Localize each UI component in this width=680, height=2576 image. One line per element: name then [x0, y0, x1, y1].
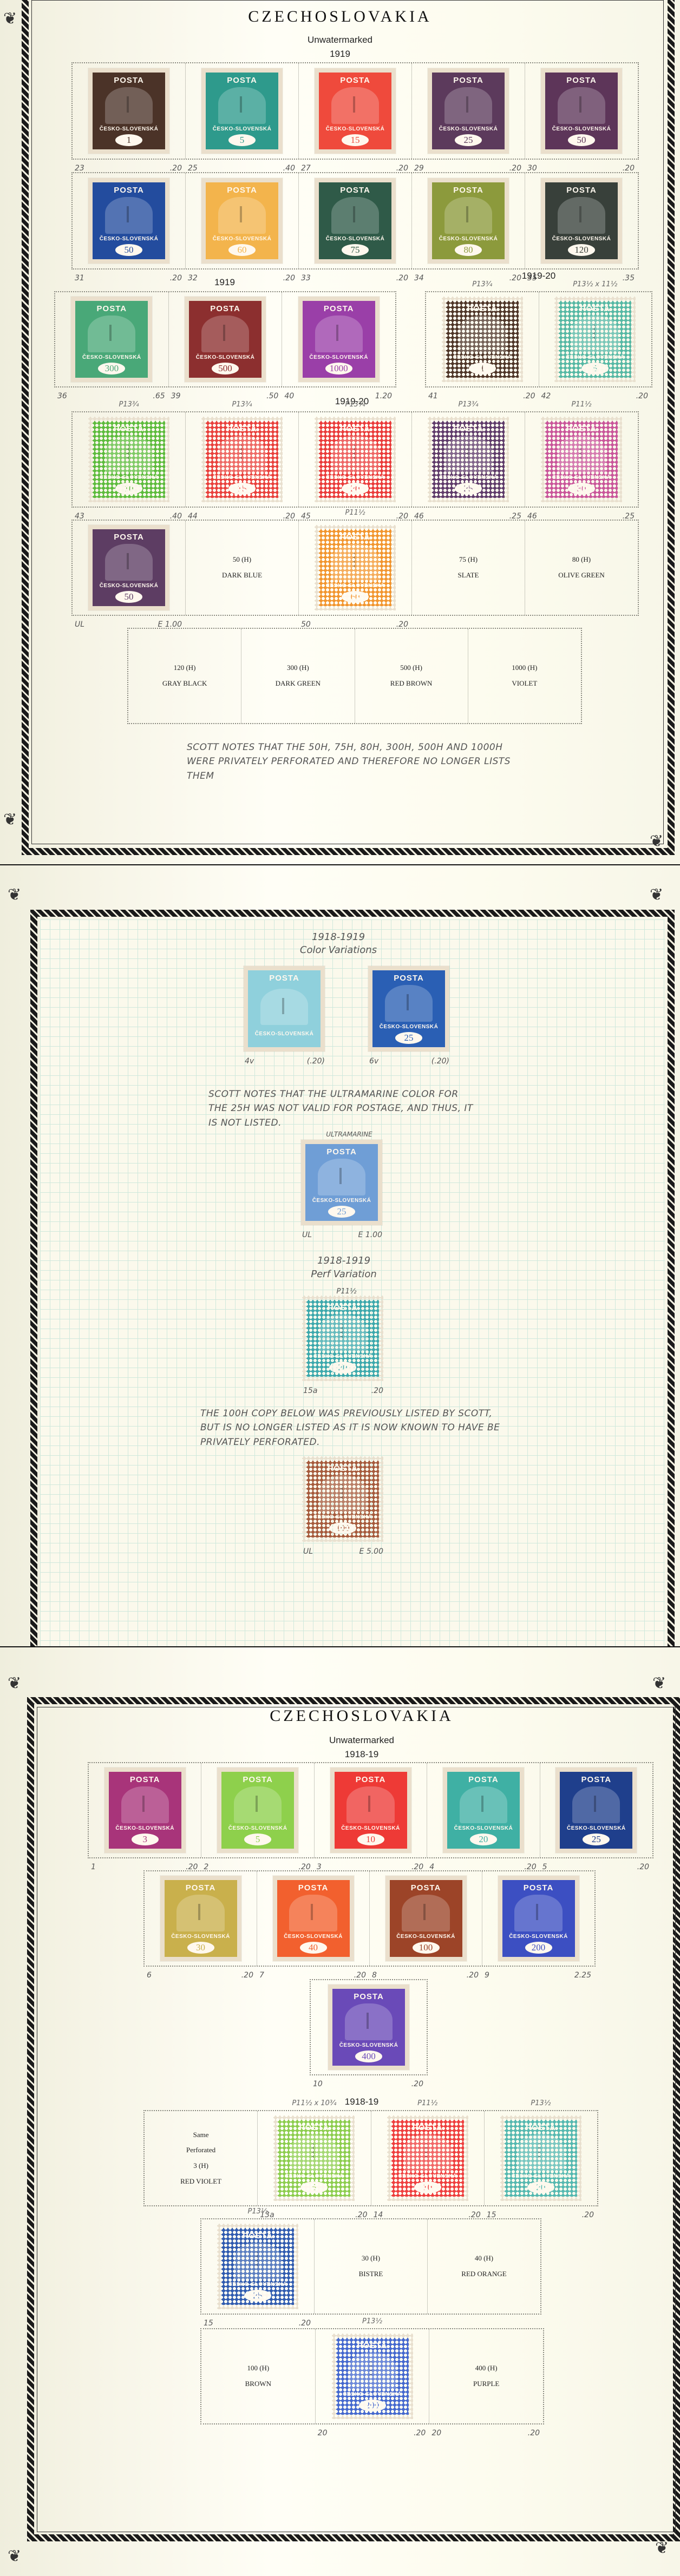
- stamp-country-text: ČESKO-SLOVENSKÁ: [228, 1825, 287, 1831]
- space-caption: DARK GREEN: [276, 676, 321, 692]
- castle-icon: [105, 436, 153, 472]
- stamp[interactable]: POSTAČESKO-SLOVENSKÁ300: [71, 297, 152, 382]
- stamp-design: POSTAČESKO-SLOVENSKÁ40: [277, 1880, 350, 1957]
- stamp-cell: POSTAČESKO-SLOVENSKÁ2529.20: [412, 63, 525, 159]
- scott-number: 39: [171, 392, 181, 400]
- stamp[interactable]: POSTAČESKO-SLOVENSKÁ5: [273, 2115, 355, 2201]
- stamp-country-text: ČESKO-SLOVENSKÁ: [380, 1024, 439, 1030]
- catalog-value: .20: [170, 274, 182, 282]
- stamp-row-4: SamePerforated3 (H)RED VIOLETPOSTAČESKO-…: [143, 2110, 598, 2206]
- space-caption: BISTRE: [359, 2266, 383, 2282]
- catalog-value: .20: [299, 2319, 311, 2328]
- catalog-value: .20: [170, 164, 182, 173]
- stamp-design: POSTAČESKO-SLOVENSKÁ3: [109, 1772, 181, 1849]
- section-title: Color Variations: [271, 944, 406, 956]
- stamp-row-2: POSTAČESKO-SLOVENSKÁ5031.20POSTAČESKO-SL…: [71, 172, 639, 270]
- castle-icon: [234, 1786, 282, 1823]
- stamp[interactable]: POSTAČESKO-SLOVENSKÁ1000: [298, 297, 380, 382]
- stamp-posta-text: POSTA: [210, 304, 240, 313]
- stamp[interactable]: POSTAČESKO-SLOVENSKÁ5: [217, 1767, 298, 1853]
- space-caption: 30 (H): [359, 2251, 383, 2266]
- scott-number: 36: [57, 392, 67, 400]
- stamp-row-3-left: POSTAČESKO-SLOVENSKÁ30036.65POSTAČESKO-S…: [54, 291, 396, 387]
- stamp-country-text: ČESKO-SLOVENSKÁ: [255, 1031, 314, 1037]
- stamp-country-text: ČESKO-SLOVENSKÁ: [228, 2282, 287, 2288]
- stamp-country-text: ČESKO-SLOVENSKÁ: [454, 1825, 513, 1831]
- stamp-cell: POSTAČESKO-SLOVENSKÁ5030.20: [525, 63, 638, 159]
- perforation-note: P13½: [531, 2099, 551, 2107]
- stamp-posta-text: POSTA: [227, 186, 257, 195]
- space-caption: 1000 (H): [512, 660, 537, 676]
- space-caption: OLIVE GREEN: [558, 568, 605, 583]
- stamp[interactable]: POSTAČESKO-SLOVENSKÁ60: [201, 178, 283, 264]
- stamp-row-2: POSTAČESKO-SLOVENSKÁ306.20POSTAČESKO-SLO…: [143, 1870, 596, 1967]
- space-caption: Perforated: [180, 2143, 221, 2158]
- stamp-posta-text: POSTA: [356, 1775, 386, 1784]
- stamp[interactable]: POSTAČESKO-SLOVENSKÁ15: [201, 417, 283, 502]
- scott-number: 6v: [369, 1057, 378, 1066]
- catalog-value: (.20): [307, 1057, 325, 1066]
- stamp[interactable]: POSTAČESKO-SLOVENSKÁ50: [541, 68, 622, 154]
- scott-number: 34: [414, 274, 424, 282]
- stamp-denomination: 200: [359, 2400, 386, 2411]
- stamp-cell: POSTAČESKO-SLOVENSKÁ8034.20: [412, 173, 525, 268]
- stamp[interactable]: POSTAČESKO-SLOVENSKÁ75: [315, 178, 396, 264]
- stamp[interactable]: POSTAČESKO-SLOVENSKÁ25: [301, 1140, 382, 1225]
- stamp-denomination: 120: [568, 244, 595, 256]
- catalog-value: .20: [414, 2429, 426, 2437]
- space-caption: GRAY BLACK: [162, 676, 207, 692]
- stamp-posta-text: POSTA: [340, 186, 370, 195]
- stamp-posta-text: POSTA: [227, 76, 257, 85]
- section-year: 1918-1919: [287, 931, 390, 943]
- space-caption: 120 (H): [162, 660, 207, 676]
- stamp-cell: POSTAČESKO-SLOVENSKÁ31.20: [89, 1763, 201, 1857]
- stamp-posta-text: POSTA: [411, 1883, 441, 1892]
- perforation-note: P13½: [248, 2207, 268, 2216]
- handwritten-note: Scott notes that the 50h, 75h, 80h, 300h…: [187, 740, 533, 783]
- stamp-denomination: 5: [244, 1834, 271, 1845]
- stamp-design: POSTAČESKO-SLOVENSKÁ1: [93, 73, 165, 149]
- stamp-design: POSTAČESKO-SLOVENSKÁ: [248, 970, 321, 1047]
- stamp-design: POSTAČESKO-SLOVENSKÁ300: [75, 301, 148, 378]
- stamp-posta-text: POSTA: [114, 76, 144, 85]
- stamp-cell: POSTAČESKO-SLOVENSKÁ2515.20P13½: [201, 2219, 315, 2314]
- catalog-value: .20: [371, 1386, 383, 1395]
- album-page-2: ❦ ❦ 1918-1919 Color Variations POSTAČESK…: [0, 865, 680, 1647]
- stamp-design: POSTAČESKO-SLOVENSKÁ400: [332, 1989, 405, 2066]
- stamp-row-5: POSTAČESKO-SLOVENSKÁ2515.20P13½30 (H)BIS…: [200, 2218, 541, 2315]
- stamp-design: POSTAČESKO-SLOVENSKÁ25: [432, 73, 505, 149]
- stamp[interactable]: POSTAČESKO-SLOVENSKÁ5: [201, 68, 283, 154]
- stamp-mount: POSTAČESKO-SLOVENSKÁ256v(.20): [368, 966, 449, 1052]
- space-caption: 400 (H): [473, 2361, 499, 2376]
- stamp-design: POSTAČESKO-SLOVENSKÁ60: [206, 182, 278, 259]
- stamp-posta-text: POSTA: [324, 304, 354, 313]
- stamp-country-text: ČESKO-SLOVENSKÁ: [341, 1825, 400, 1831]
- perforation-note: P13¾: [119, 400, 139, 409]
- stamp-row-5: POSTAČESKO-SLOVENSKÁ50ULE 1.0050 (H)DARK…: [71, 520, 639, 616]
- catalog-value: .20: [354, 1971, 366, 1980]
- scott-number: 10: [313, 2080, 323, 2088]
- stamp-country-text: ČESKO-SLOVENSKÁ: [439, 236, 498, 242]
- stamp-cell: POSTAČESKO-SLOVENSKÁ7533.20: [299, 173, 412, 268]
- stamp-country-text: ČESKO-SLOVENSKÁ: [312, 1198, 371, 1204]
- stamp-design: POSTAČESKO-SLOVENSKÁ15: [319, 73, 391, 149]
- catalog-value: .20: [528, 2429, 540, 2437]
- stamp-row-3: POSTAČESKO-SLOVENSKÁ40010.20: [310, 1979, 428, 2075]
- castle-icon: [517, 2134, 565, 2171]
- stamp-country-text: ČESKO-SLOVENSKÁ: [100, 583, 159, 589]
- catalog-value: .20: [396, 274, 408, 282]
- stamp[interactable]: POSTAČESKO-SLOVENSKÁ100: [385, 1876, 467, 1961]
- catalog-value: .20: [637, 1863, 649, 1871]
- ultramarine-label: Ultramarine: [300, 1131, 398, 1138]
- stamp-cell: 50 (H)DARK BLUE: [186, 521, 299, 615]
- stamp-posta-text: POSTA: [580, 304, 610, 313]
- stamp[interactable]: POSTAČESKO-SLOVENSKÁ50: [88, 525, 169, 610]
- stamp-cell: POSTAČESKO-SLOVENSKÁ255.20: [540, 1763, 652, 1857]
- stamp[interactable]: POSTAČESKO-SLOVENSKÁ25: [555, 1767, 637, 1853]
- stamp-country-text: ČESKO-SLOVENSKÁ: [309, 354, 368, 360]
- stamp-cell: 1000 (H)VIOLET: [468, 629, 581, 723]
- stamp-cell: POSTAČESKO-SLOVENSKÁ1000401.20: [282, 292, 395, 386]
- stamp-country-text: ČESKO-SLOVENSKÁ: [115, 1825, 174, 1831]
- empty-stamp-space: 1000 (H)VIOLET: [512, 660, 537, 691]
- stamp-cell: POSTAČESKO-SLOVENSKÁ5031.20: [73, 173, 186, 268]
- castle-icon: [105, 197, 153, 234]
- stamp-country-text: ČESKO-SLOVENSKÁ: [398, 2173, 457, 2179]
- stamp-country-text: ČESKO-SLOVENSKÁ: [326, 236, 385, 242]
- stamp[interactable]: POSTAČESKO-SLOVENSKÁ10: [387, 2115, 468, 2201]
- stamp-posta-text: POSTA: [340, 76, 370, 85]
- stamp[interactable]: POSTAČESKO-SLOVENSKÁ60: [315, 525, 396, 610]
- empty-stamp-space: 40 (H)RED ORANGE: [461, 2251, 506, 2282]
- castle-icon: [121, 1786, 169, 1823]
- stamp[interactable]: POSTAČESKO-SLOVENSKÁ: [244, 966, 325, 1052]
- catalog-value: .20: [241, 1971, 253, 1980]
- stamp-posta-text: POSTA: [328, 1303, 358, 1312]
- stamp-country-text: ČESKO-SLOVENSKÁ: [512, 2173, 571, 2179]
- castle-icon: [558, 436, 605, 472]
- stamp-cell: POSTAČESKO-SLOVENSKÁ1014.20P11½: [371, 2111, 485, 2205]
- stamp-denomination: 30: [187, 1942, 214, 1954]
- stamp-denomination: 20: [329, 1362, 356, 1374]
- stamp-posta-text: POSTA: [328, 1464, 358, 1473]
- stamp-design: POSTAČESKO-SLOVENSKÁ5: [559, 301, 631, 378]
- stamp-cell: POSTAČESKO-SLOVENSKÁ20092.25: [482, 1871, 594, 1966]
- stamp[interactable]: POSTAČESKO-SLOVENSKÁ20: [302, 1296, 383, 1381]
- corner-ornament-icon: ❦: [8, 1675, 21, 1692]
- empty-stamp-space: 120 (H)GRAY BLACK: [162, 660, 207, 691]
- castle-icon: [290, 2134, 338, 2171]
- space-caption: RED ORANGE: [461, 2266, 506, 2282]
- stamp[interactable]: POSTAČESKO-SLOVENSKÁ500: [185, 297, 266, 382]
- stamp-posta-text: POSTA: [468, 1775, 499, 1784]
- stamp-denomination: 25: [328, 1206, 355, 1218]
- space-caption: 80 (H): [558, 552, 605, 568]
- castle-icon: [460, 1786, 507, 1823]
- stamp-design: POSTAČESKO-SLOVENSKÁ30: [165, 1880, 237, 1957]
- stamp-denomination: 80: [455, 244, 482, 256]
- stamp-cell: POSTAČESKO-SLOVENSKÁ306.20: [145, 1871, 257, 1966]
- stamp-design: POSTAČESKO-SLOVENSKÁ20: [319, 421, 391, 498]
- stamp-denomination: 50: [115, 244, 142, 256]
- stamp-design: POSTAČESKO-SLOVENSKÁ10: [93, 421, 165, 498]
- stamp-country-text: ČESKO-SLOVENSKÁ: [213, 236, 272, 242]
- stamp[interactable]: POSTAČESKO-SLOVENSKÁ80: [428, 178, 509, 264]
- castle-icon: [402, 1895, 449, 1931]
- stamp-design: POSTAČESKO-SLOVENSKÁ25: [432, 421, 505, 498]
- stamp-posta-text: POSTA: [413, 2123, 443, 2132]
- stamp-cell: 40 (H)RED ORANGE: [428, 2219, 540, 2314]
- perforation-note: P11½ x 10¾: [292, 2099, 336, 2107]
- stamp-mount: POSTAČESKO-SLOVENSKÁ4v(.20): [244, 966, 325, 1052]
- stamp-posta-text: POSTA: [114, 533, 144, 542]
- space-caption: 500 (H): [390, 660, 433, 676]
- castle-icon: [289, 1895, 337, 1931]
- space-caption: PURPLE: [473, 2376, 499, 2392]
- page-title: CZECHOSLOVAKIA: [22, 1707, 680, 1725]
- corner-ornament-icon: ❦: [650, 833, 663, 850]
- stamp-cell: POSTAČESKO-SLOVENSKÁ1544.20P13¾: [186, 412, 299, 507]
- stamp-design: POSTAČESKO-SLOVENSKÁ20: [505, 2120, 577, 2197]
- stamp-posta-text: POSTA: [566, 424, 597, 433]
- stamp-design: POSTAČESKO-SLOVENSKÁ10: [335, 1772, 407, 1849]
- stamp-denomination: 25: [244, 2290, 271, 2302]
- stamp-denomination: 20: [342, 483, 369, 495]
- stamp-denomination: 40: [300, 1942, 327, 1954]
- catalog-value: .20: [582, 2211, 594, 2219]
- stamp-country-text: ČESKO-SLOVENSKÁ: [326, 475, 385, 481]
- stamp-denomination: 1: [469, 363, 496, 374]
- stamp[interactable]: POSTAČESKO-SLOVENSKÁ5: [554, 297, 636, 382]
- stamp-design: POSTAČESKO-SLOVENSKÁ60: [319, 529, 391, 606]
- scott-number: 4v: [245, 1057, 254, 1066]
- stamp-cell: POSTAČESKO-SLOVENSKÁ513a.20P11½ x 10¾: [258, 2111, 371, 2205]
- stamp[interactable]: POSTAČESKO-SLOVENSKÁ400: [328, 1984, 409, 2070]
- catalog-value: .20: [623, 164, 635, 173]
- castle-icon: [571, 316, 619, 352]
- scott-number: 20: [318, 2429, 328, 2437]
- stamp-denomination: 1000: [325, 363, 352, 374]
- space-caption: Same: [180, 2127, 221, 2143]
- stamp[interactable]: POSTAČESKO-SLOVENSKÁ50: [88, 178, 169, 264]
- castle-icon: [105, 87, 153, 124]
- castle-icon: [385, 985, 433, 1022]
- perf-label: P11½: [325, 1287, 368, 1296]
- stamp-design: POSTAČESKO-SLOVENSKÁ120: [545, 182, 618, 259]
- stamp[interactable]: POSTAČESKO-SLOVENSKÁ200: [332, 2334, 413, 2419]
- stamp[interactable]: POSTAČESKO-SLOVENSKÁ200: [498, 1876, 579, 1961]
- scott-number: 30: [527, 164, 537, 173]
- stamp-country-text: ČESKO-SLOVENSKÁ: [343, 2391, 402, 2397]
- section-year: 1919: [0, 49, 680, 60]
- catalog-value: .50: [266, 392, 278, 400]
- empty-stamp-space: SamePerforated3 (H)RED VIOLET: [180, 2127, 221, 2189]
- stamp-posta-text: POSTA: [186, 1883, 216, 1892]
- perforation-note: P13¾: [459, 400, 479, 409]
- stamp-row-4: POSTAČESKO-SLOVENSKÁ1043.40P13¾POSTAČESK…: [71, 411, 639, 508]
- stamp[interactable]: POSTAČESKO-SLOVENSKÁ25: [428, 68, 509, 154]
- stamp-denomination: 200: [525, 1942, 552, 1954]
- stamp-country-text: ČESKO-SLOVENSKÁ: [439, 126, 498, 132]
- stamp-cell: POSTAČESKO-SLOVENSKÁ123.20: [73, 63, 186, 159]
- stamp-cell: POSTAČESKO-SLOVENSKÁ6050.20P11½: [299, 521, 412, 615]
- space-caption: 300 (H): [276, 660, 321, 676]
- stamp-cell: POSTAČESKO-SLOVENSKÁ3046.25P11½: [525, 412, 638, 507]
- stamp[interactable]: POSTAČESKO-SLOVENSKÁ25: [217, 2224, 298, 2309]
- stamp-row-1: POSTAČESKO-SLOVENSKÁ123.20POSTAČESKO-SLO…: [71, 62, 639, 160]
- stamp-country-text: ČESKO-SLOVENSKÁ: [100, 126, 159, 132]
- stamp-posta-text: POSTA: [526, 2123, 556, 2132]
- stamp-design: POSTAČESKO-SLOVENSKÁ25: [372, 970, 445, 1047]
- stamp-denomination: 20: [470, 1834, 497, 1845]
- page-subtitle: Unwatermarked: [22, 1735, 680, 1746]
- stamp-denomination: 3: [132, 1834, 159, 1845]
- scott-number: 8: [372, 1971, 377, 1980]
- stamp-country-text: ČESKO-SLOVENSKÁ: [213, 475, 272, 481]
- stamp-denomination: 30: [568, 483, 595, 495]
- corner-ornament-icon: ❦: [3, 812, 17, 828]
- stamp[interactable]: POSTAČESKO-SLOVENSKÁ100: [302, 1456, 383, 1542]
- stamp[interactable]: POSTAČESKO-SLOVENSKÁ15: [315, 68, 396, 154]
- castle-icon: [345, 2003, 393, 2040]
- stamp[interactable]: POSTAČESKO-SLOVENSKÁ10: [88, 417, 169, 502]
- stamp-cell: POSTAČESKO-SLOVENSKÁ204.20: [427, 1763, 540, 1857]
- empty-stamp-space: 75 (H)SLATE: [458, 552, 479, 583]
- stamp[interactable]: POSTAČESKO-SLOVENSKÁ10: [330, 1767, 411, 1853]
- empty-stamp-space: 50 (H)DARK BLUE: [222, 552, 262, 583]
- stamp-denomination: 15: [342, 134, 369, 146]
- stamp-cell: 80 (H)OLIVE GREEN: [525, 521, 638, 615]
- stamp[interactable]: POSTAČESKO-SLOVENSKÁ20: [443, 1767, 524, 1853]
- stamp[interactable]: POSTAČESKO-SLOVENSKÁ25: [428, 417, 509, 502]
- stamp-denomination: 25: [583, 1834, 610, 1845]
- corner-ornament-icon: ❦: [8, 2548, 21, 2565]
- stamp-cell: POSTAČESKO-SLOVENSKÁ50ULE 1.00: [73, 521, 186, 615]
- stamp-country-text: ČESKO-SLOVENSKÁ: [326, 126, 385, 132]
- castle-icon: [176, 1895, 224, 1931]
- album-page-1: ❦ ❦ ❦ CZECHOSLOVAKIA Unwatermarked 1919 …: [0, 0, 680, 865]
- section-year: 1918-1919: [295, 1255, 393, 1266]
- castle-icon: [260, 989, 308, 1026]
- stamp-design: POSTAČESKO-SLOVENSKÁ15: [206, 421, 278, 498]
- castle-icon: [218, 87, 266, 124]
- stamp-denomination: 10: [115, 483, 142, 495]
- stamp-denomination: 20: [527, 2181, 554, 2193]
- stamp-country-text: ČESKO-SLOVENSKÁ: [552, 126, 611, 132]
- stamp-denomination: 15: [228, 483, 256, 495]
- stamp-denomination: 50: [115, 591, 142, 603]
- stamp-posta-text: POSTA: [453, 76, 483, 85]
- catalog-value: .40: [283, 164, 295, 173]
- stamp[interactable]: POSTAČESKO-SLOVENSKÁ25: [368, 966, 449, 1052]
- stamp-posta-text: POSTA: [243, 2231, 273, 2240]
- stamp[interactable]: POSTAČESKO-SLOVENSKÁ30: [541, 417, 622, 502]
- stamp-denomination: 5: [228, 134, 256, 146]
- scott-number: 7: [259, 1971, 264, 1980]
- perforation-note: P13½: [362, 2317, 382, 2325]
- stamp-denomination: 500: [212, 363, 239, 374]
- section-year: 1919: [195, 277, 254, 288]
- catalog-value: .35: [623, 274, 635, 282]
- scott-number: 9: [485, 1971, 489, 1980]
- section-year: 1919-20: [509, 271, 568, 281]
- stamp[interactable]: POSTAČESKO-SLOVENSKÁ20: [500, 2115, 581, 2201]
- stamp-design: POSTAČESKO-SLOVENSKÁ100: [390, 1880, 462, 1957]
- stamp[interactable]: POSTAČESKO-SLOVENSKÁ30: [160, 1876, 241, 1961]
- page-title: CZECHOSLOVAKIA: [0, 8, 680, 26]
- castle-icon: [459, 316, 506, 352]
- stamp-cell: 500 (H)RED BROWN: [355, 629, 468, 723]
- castle-icon: [218, 197, 266, 234]
- stamp-cell: 30 (H)BISTRE: [315, 2219, 428, 2314]
- stamp-denomination: 60: [342, 591, 369, 603]
- castle-icon: [315, 316, 363, 352]
- stamp-cell: POSTAČESKO-SLOVENSKÁ30036.65: [55, 292, 169, 386]
- stamp-posta-text: POSTA: [453, 424, 483, 433]
- stamp-cell: POSTAČESKO-SLOVENSKÁ407.20: [257, 1871, 370, 1966]
- stamp-posta-text: POSTA: [298, 1883, 329, 1892]
- space-caption: DARK BLUE: [222, 568, 262, 583]
- section-year: 1918-19: [22, 1749, 680, 1760]
- stamp-posta-text: POSTA: [566, 76, 597, 85]
- space-caption: 75 (H): [458, 552, 479, 568]
- album-page-3: ❦ ❦ ❦ ❦ CZECHOSLOVAKIA Unwatermarked 191…: [0, 1647, 680, 2576]
- space-caption: 40 (H): [461, 2251, 506, 2266]
- scott-number: 23: [75, 164, 84, 173]
- stamp[interactable]: POSTAČESKO-SLOVENSKÁ40: [273, 1876, 354, 1961]
- stamp-posta-text: POSTA: [114, 424, 144, 433]
- page-subtitle: Unwatermarked: [0, 35, 680, 45]
- stamp-design: POSTAČESKO-SLOVENSKÁ500: [189, 301, 261, 378]
- perforation-note: P11½: [417, 2099, 437, 2107]
- catalog-value: (.20): [431, 1057, 449, 1066]
- stamp-country-text: ČESKO-SLOVENSKÁ: [552, 236, 611, 242]
- castle-icon: [444, 197, 492, 234]
- stamp-cell: 400 (H)PURPLE20.20: [429, 2329, 543, 2423]
- stamp[interactable]: POSTAČESKO-SLOVENSKÁ20: [315, 417, 396, 502]
- stamp-cell: POSTAČESKO-SLOVENSKÁ50039.50: [169, 292, 283, 386]
- stamp-posta-text: POSTA: [357, 2341, 388, 2350]
- stamp-mount: POSTAČESKO-SLOVENSKÁ100ULE 5.00: [302, 1456, 383, 1542]
- stamp-mount: POSTAČESKO-SLOVENSKÁ25ULE 1.00: [301, 1140, 382, 1225]
- stamp-cell: POSTAČESKO-SLOVENSKÁ103.20: [315, 1763, 427, 1857]
- scott-number: UL: [302, 1231, 312, 1239]
- castle-icon: [319, 1475, 367, 1512]
- space-caption: 100 (H): [245, 2361, 271, 2376]
- stamp-row-6: 100 (H)BROWNPOSTAČESKO-SLOVENSKÁ20020.20…: [200, 2328, 544, 2424]
- stamp[interactable]: POSTAČESKO-SLOVENSKÁ1: [88, 68, 169, 154]
- empty-stamp-space: 400 (H)PURPLE: [473, 2361, 499, 2391]
- stamp-design: POSTAČESKO-SLOVENSKÁ20: [447, 1772, 520, 1849]
- stamp-posta-text: POSTA: [354, 1992, 384, 2001]
- scott-number: 33: [301, 274, 311, 282]
- perforation-note: P11½: [572, 400, 592, 409]
- castle-icon: [331, 544, 379, 581]
- stamp-country-text: ČESKO-SLOVENSKÁ: [509, 1934, 568, 1940]
- stamp-posta-text: POSTA: [394, 974, 424, 983]
- stamp[interactable]: POSTAČESKO-SLOVENSKÁ1: [442, 297, 523, 382]
- stamp[interactable]: POSTAČESKO-SLOVENSKÁ3: [104, 1767, 186, 1853]
- space-caption: RED VIOLET: [180, 2174, 221, 2190]
- stamp[interactable]: POSTAČESKO-SLOVENSKÁ120: [541, 178, 622, 264]
- castle-icon: [572, 1786, 620, 1823]
- castle-icon: [346, 1786, 394, 1823]
- stamp-denomination: 5: [581, 363, 609, 374]
- stamp-cell: 75 (H)SLATE: [412, 521, 525, 615]
